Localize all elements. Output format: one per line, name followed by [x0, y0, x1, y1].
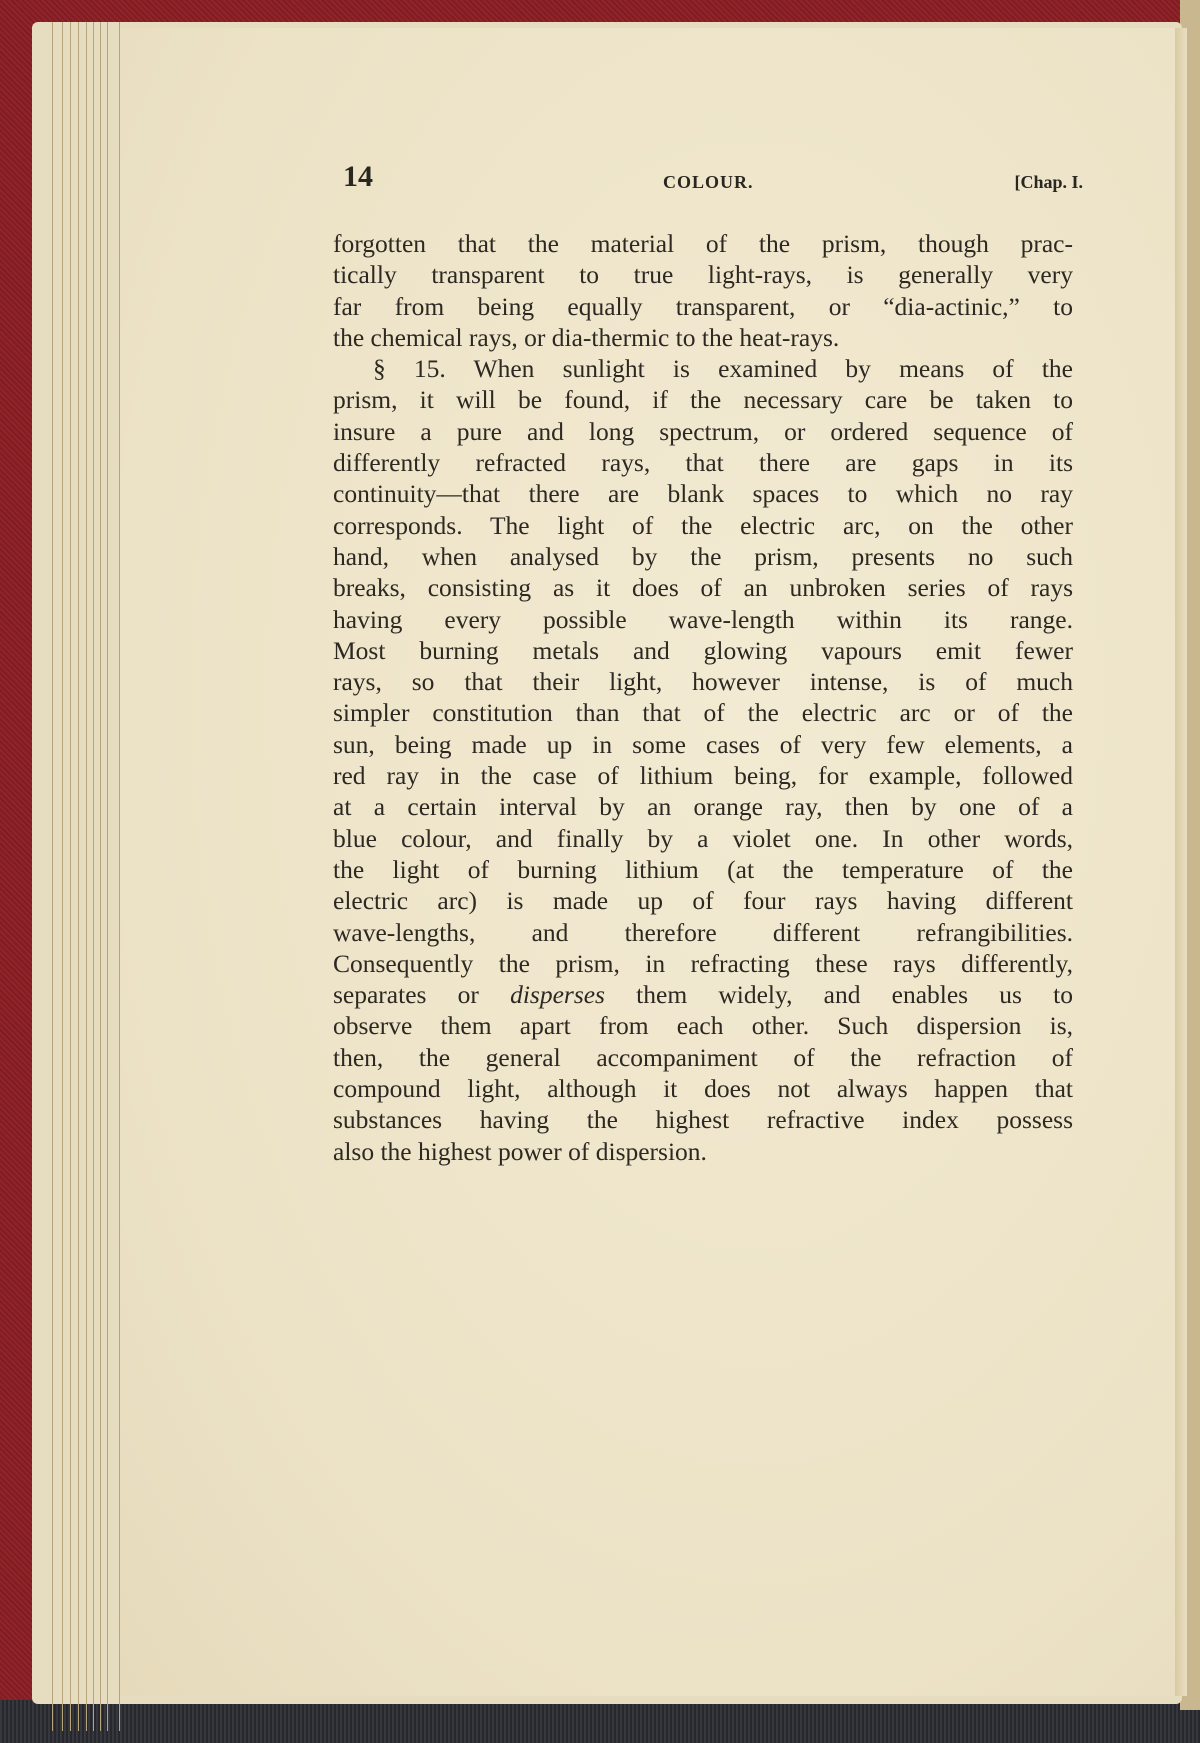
background-cloth: [0, 1700, 1200, 1743]
text-line: differently refracted rays, that there a…: [333, 447, 1073, 478]
text-line: blue colour, and finally by a violet one…: [333, 823, 1073, 854]
text-line: the light of burning lithium (at the tem…: [333, 854, 1073, 885]
text-line: corresponds. The light of the electric a…: [333, 510, 1073, 541]
text-line: sun, being made up in some cases of very…: [333, 729, 1073, 760]
text-line: rays, so that their light, however inten…: [333, 666, 1073, 697]
page-edge-line: [100, 22, 101, 1731]
text-line: wave-lengths, and therefore different re…: [333, 917, 1073, 948]
page-number: 14: [343, 160, 373, 194]
text-line: Most burning metals and glowing vapours …: [333, 635, 1073, 666]
text-line: red ray in the case of lithium being, fo…: [333, 760, 1073, 791]
text-line: forgotten that the material of the prism…: [333, 228, 1073, 259]
page-gutter: [1175, 28, 1187, 1696]
text-line: hand, when analysed by the prism, presen…: [333, 541, 1073, 572]
page-edge-line: [93, 22, 94, 1731]
text-line: having every possible wave-length within…: [333, 604, 1073, 635]
text-line: separates or disperses them widely, and …: [333, 979, 1073, 1010]
text-line: also the highest power of dispersion.: [333, 1136, 1073, 1167]
running-title: COLOUR.: [663, 172, 754, 193]
page-edge-line: [78, 22, 79, 1731]
text-line: at a certain interval by an orange ray, …: [333, 791, 1073, 822]
text-line: Consequently the prism, in refracting th…: [333, 948, 1073, 979]
text-line: simpler constitution than that of the el…: [333, 697, 1073, 728]
page-edge-line: [107, 22, 108, 1731]
italic-term: disperses: [510, 980, 605, 1009]
text-line: the chemical rays, or dia-thermic to the…: [333, 322, 1073, 353]
page-edge-line: [52, 22, 53, 1731]
text-line: tically transparent to true light-rays, …: [333, 259, 1073, 290]
page-edge-line: [62, 22, 63, 1731]
page-edge-line: [86, 22, 87, 1731]
text-line: then, the general accompaniment of the r…: [333, 1042, 1073, 1073]
text-line: substances having the highest refractive…: [333, 1104, 1073, 1135]
text-line: continuity—that there are blank spaces t…: [333, 478, 1073, 509]
text-line: prism, it will be found, if the necessar…: [333, 384, 1073, 415]
text-line: § 15. When sunlight is examined by means…: [333, 353, 1073, 384]
text-line: electric arc) is made up of four rays ha…: [333, 885, 1073, 916]
body-text: forgotten that the material of the prism…: [333, 228, 1073, 1167]
chapter-reference: [Chap. I.: [1014, 172, 1083, 193]
text-line: observe them apart from each other. Such…: [333, 1010, 1073, 1041]
text-line: breaks, consisting as it does of an unbr…: [333, 572, 1073, 603]
text-segment: separates or: [333, 980, 510, 1009]
text-line: far from being equally transparent, or “…: [333, 291, 1073, 322]
text-segment: them widely, and enables us to: [605, 980, 1073, 1009]
page-edge-line: [70, 22, 71, 1731]
text-line: insure a pure and long spectrum, or orde…: [333, 416, 1073, 447]
text-line: compound light, although it does not alw…: [333, 1073, 1073, 1104]
running-header: 14 COLOUR. [Chap. I.: [343, 160, 1083, 200]
